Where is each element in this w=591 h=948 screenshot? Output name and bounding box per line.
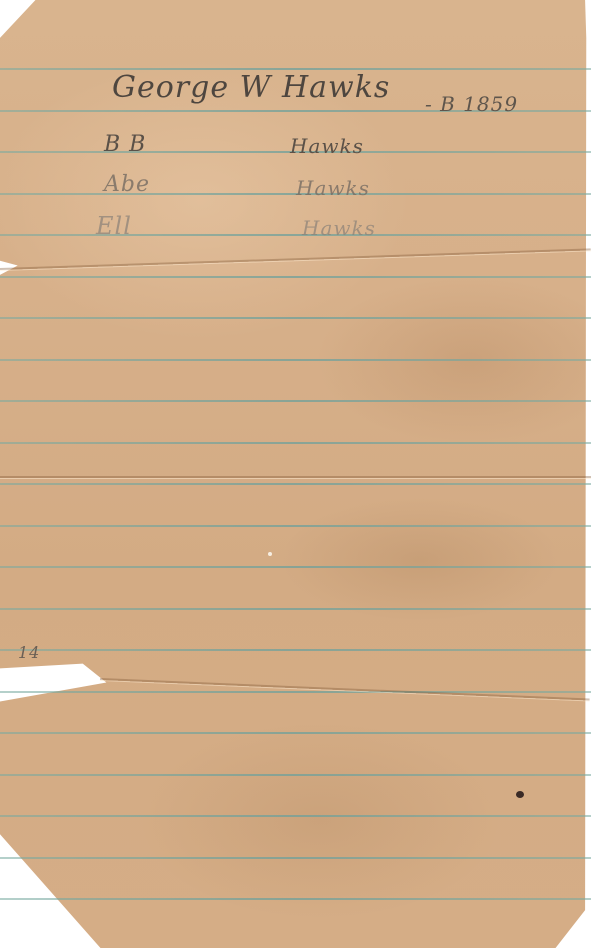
ruled-line — [0, 400, 591, 402]
entry-last-name: Hawks — [302, 216, 376, 240]
entry-last-name: Hawks — [290, 134, 364, 158]
ruled-line — [0, 608, 591, 610]
ruled-line — [0, 898, 591, 900]
ruled-line — [0, 483, 591, 485]
ruled-line — [0, 359, 591, 361]
entry-first-name: Abe — [104, 172, 150, 197]
entry-first-name: Ell — [96, 212, 132, 240]
ruled-line — [0, 649, 591, 651]
entry-first-name: B B — [104, 132, 146, 157]
ruled-line — [0, 691, 591, 693]
ruled-line — [0, 732, 591, 734]
ruled-line — [0, 857, 591, 859]
heading-name: George W Hawks — [112, 70, 390, 105]
paper-speck — [268, 552, 272, 556]
ruled-line — [0, 815, 591, 817]
ruled-line — [0, 317, 591, 319]
margin-note: 14 — [18, 643, 40, 662]
ruled-line — [0, 442, 591, 444]
fold-crease-middle — [0, 476, 591, 478]
ruled-line — [0, 276, 591, 278]
ink-spot — [516, 791, 524, 798]
heading-birth-year: - B 1859 — [425, 92, 518, 116]
ruled-line — [0, 234, 591, 236]
ruled-line — [0, 566, 591, 568]
ruled-line — [0, 525, 591, 527]
ruled-line — [0, 774, 591, 776]
entry-last-name: Hawks — [296, 176, 370, 200]
